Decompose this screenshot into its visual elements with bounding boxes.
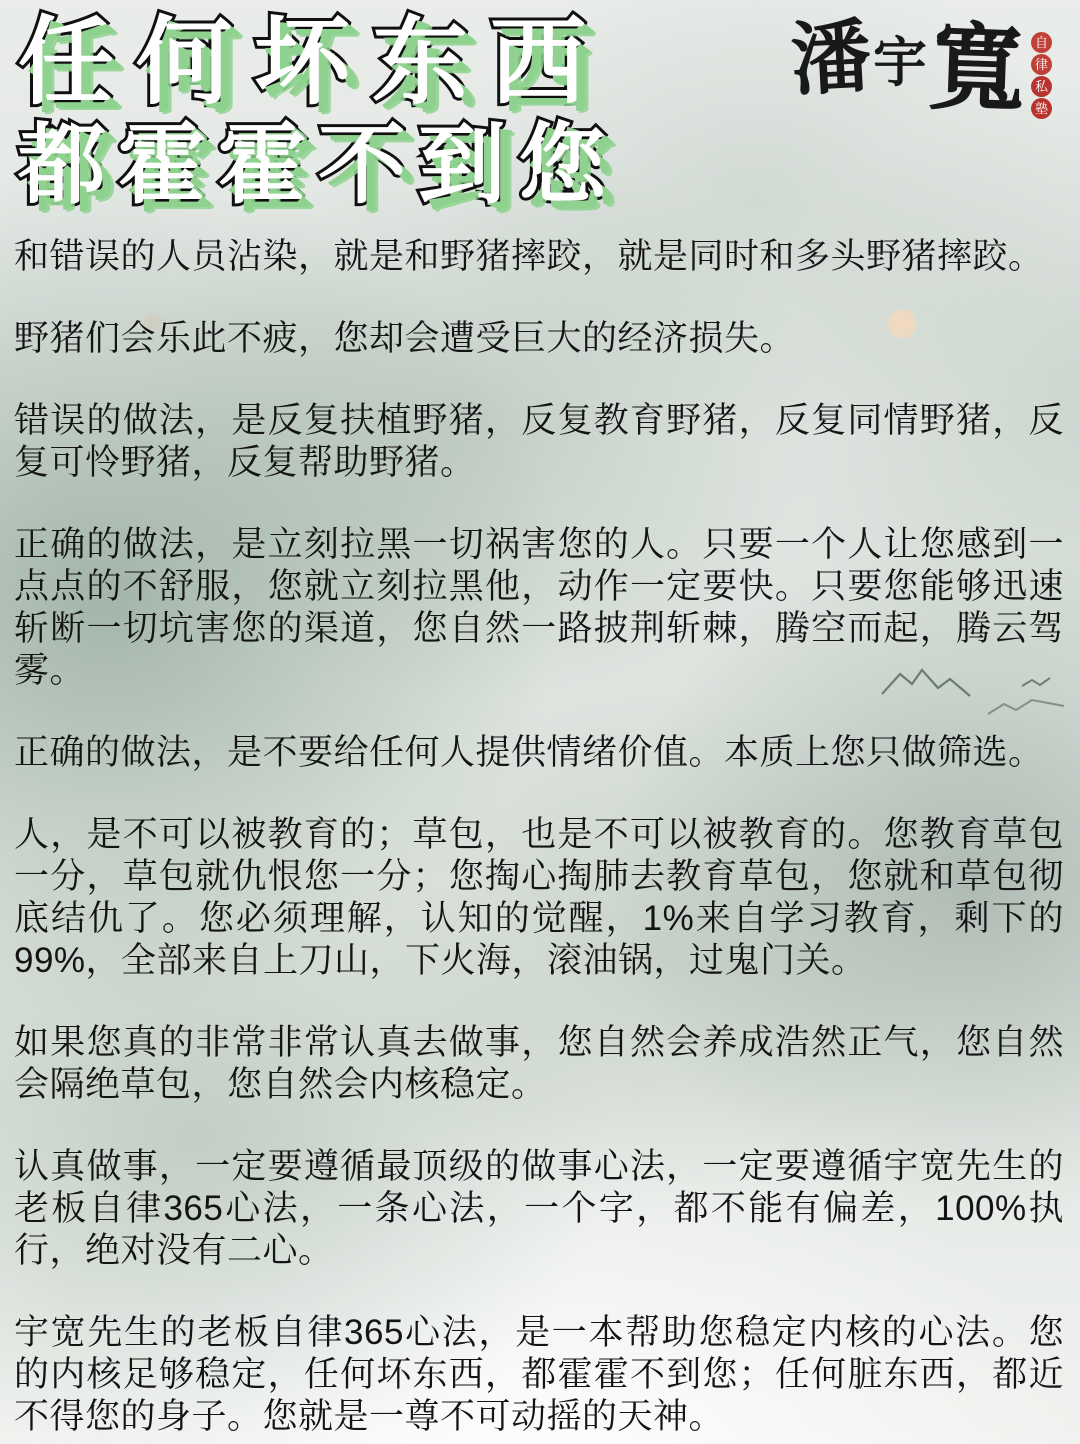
paragraph: 和错误的人员沾染，就是和野猪摔跤，就是同时和多头野猪摔跤。 [14,236,1064,278]
body-text: 和错误的人员沾染，就是和野猪摔跤，就是同时和多头野猪摔跤。 野猪们会乐此不疲，您… [14,236,1064,1438]
title-line-2: 都霍霍不到您 [18,118,618,211]
seal-column: 自 律 私 塾 [1031,32,1052,120]
red-seal: 自 [1031,32,1052,53]
red-seal: 律 [1031,54,1052,75]
title-line-1: 任何坏东西 [18,12,618,114]
brand-logo: 潘 宇 寬 自 律 私 塾 [791,20,1052,120]
paragraph: 人，是不可以被教育的；草包，也是不可以被教育的。您教育草包一分，草包就仇恨您一分… [14,814,1064,982]
logo-char-kuan: 寬 [927,20,1026,119]
paragraph: 正确的做法，是不要给任何人提供情绪价值。本质上您只做筛选。 [14,732,1064,774]
logo-char-pan: 潘 [789,18,873,102]
paragraph: 如果您真的非常非常认真去做事，您自然会养成浩然正气，您自然会隔绝草包，您自然会内… [14,1022,1064,1106]
paragraph: 野猪们会乐此不疲，您却会遭受巨大的经济损失。 [14,318,1064,360]
red-seal: 塾 [1031,98,1052,119]
paragraph: 认真做事，一定要遵循最顶级的做事心法，一定要遵循宇宽先生的老板自律365心法，一… [14,1146,1064,1272]
logo-char-yu: 宇 [873,36,927,90]
paragraph: 正确的做法，是立刻拉黑一切祸害您的人。只要一个人让您感到一点点的不舒服，您就立刻… [14,524,1064,692]
paragraph: 错误的做法，是反复扶植野猪，反复教育野猪，反复同情野猪，反复可怜野猪，反复帮助野… [14,400,1064,484]
poster: 任何坏东西 都霍霍不到您 潘 宇 寬 自 律 私 塾 和错误的人员沾染，就是和野… [0,0,1080,1444]
paragraph: 宇宽先生的老板自律365心法，是一本帮助您稳定内核的心法。您的内核足够稳定，任何… [14,1312,1064,1438]
page-title: 任何坏东西 都霍霍不到您 [18,12,618,211]
red-seal: 私 [1031,76,1052,97]
